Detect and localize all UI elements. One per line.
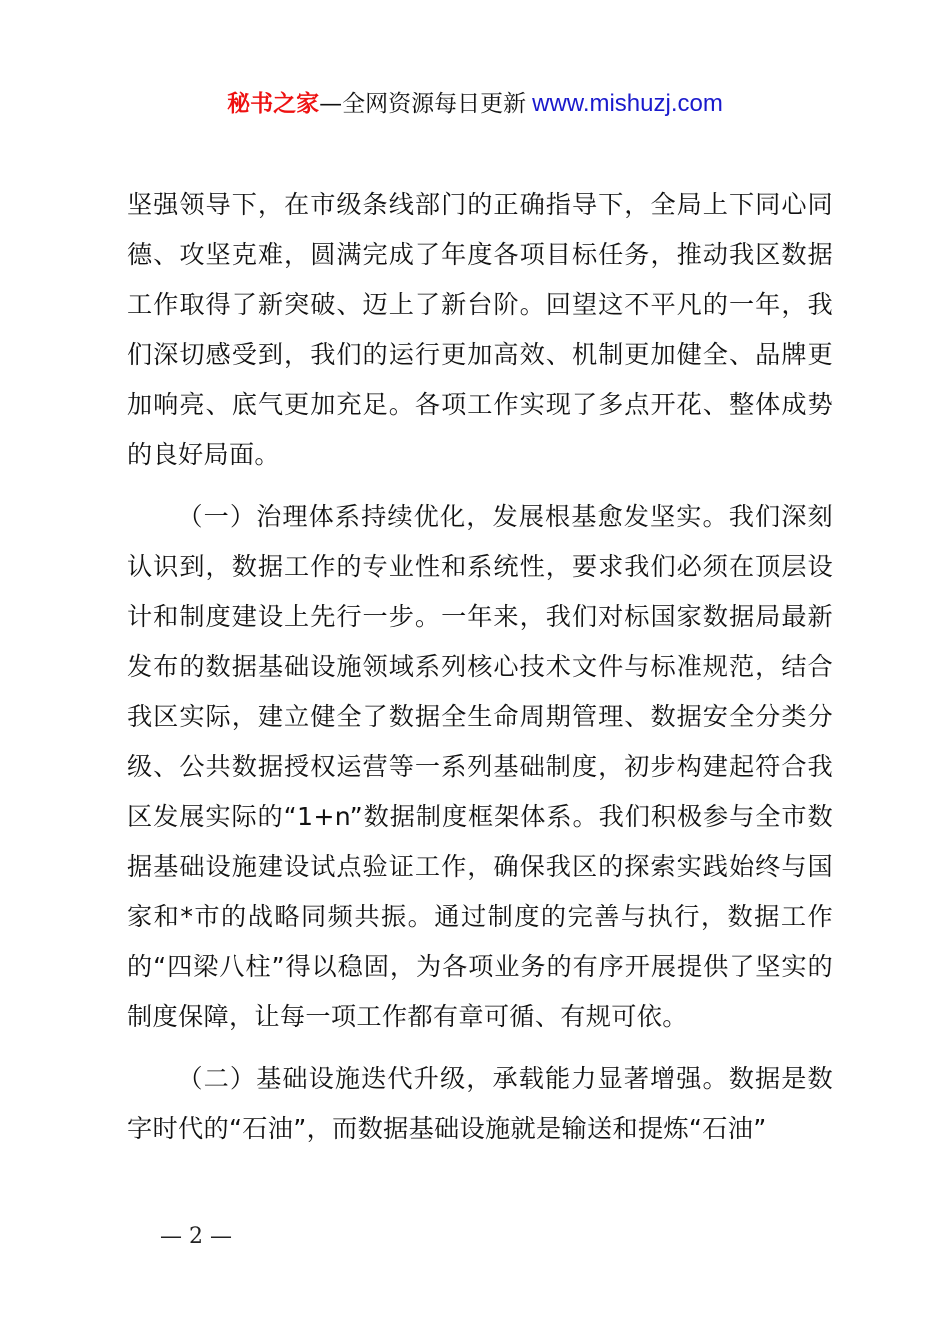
paragraph-intro: 坚强领导下，在市级条线部门的正确指导下，全局上下同心同德、攻坚克难，圆满完成了年… [127, 180, 833, 480]
site-watermark-header: 秘书之家—全网资源每日更新www.mishuzj.com [0, 86, 950, 122]
page-number: — 2 — [160, 1222, 232, 1252]
site-url-link[interactable]: www.mishuzj.com [532, 90, 723, 117]
tagline: —全网资源每日更新 [319, 91, 526, 117]
paragraph-section-2: （二）基础设施迭代升级，承载能力显著增强。数据是数字时代的“石油”，而数据基础设… [127, 1054, 833, 1154]
brand-name: 秘书之家 [227, 91, 319, 117]
paragraph-section-1: （一）治理体系持续优化，发展根基愈发坚实。我们深刻认识到，数据工作的专业性和系统… [127, 492, 833, 1042]
document-body: 坚强领导下，在市级条线部门的正确指导下，全局上下同心同德、攻坚克难，圆满完成了年… [127, 180, 833, 1154]
